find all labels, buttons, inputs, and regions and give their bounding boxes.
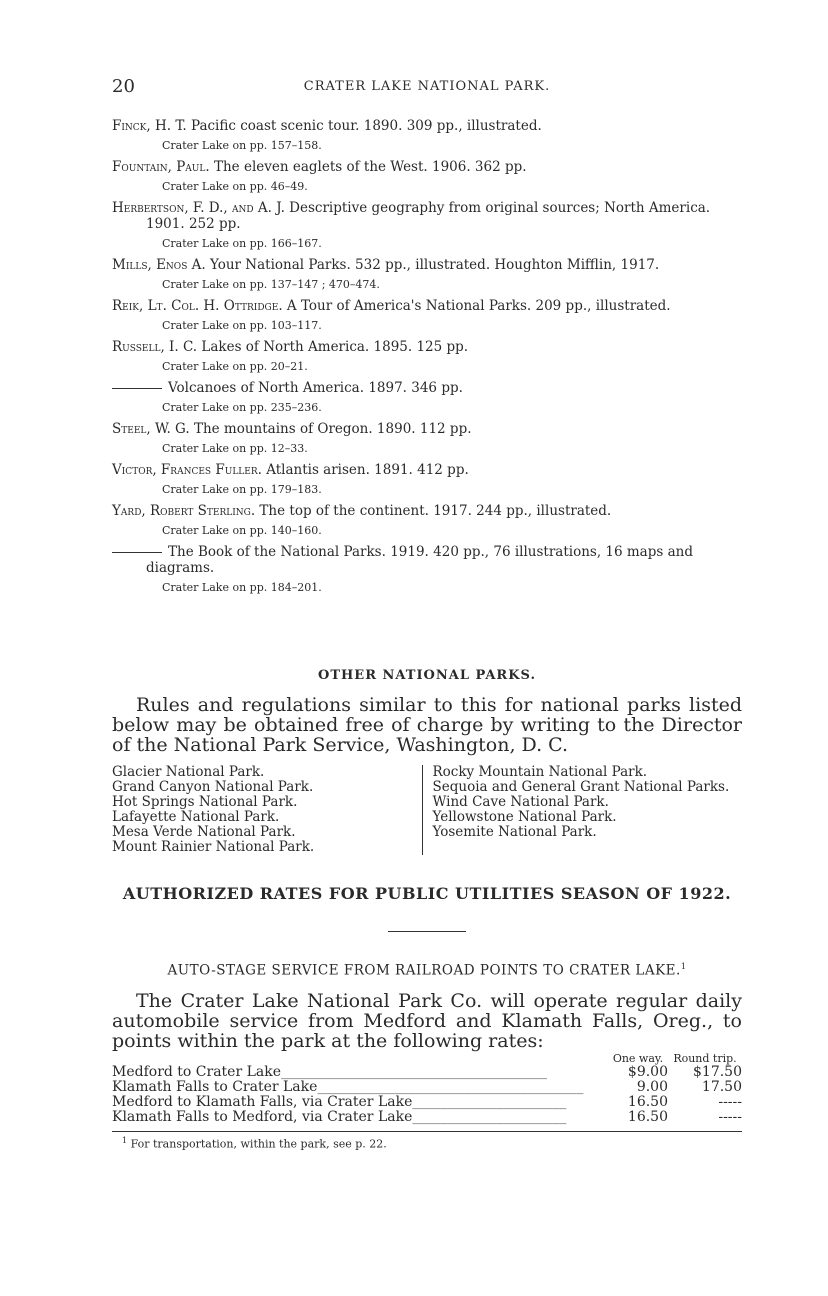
one-way-fare: 9.00 bbox=[608, 1080, 668, 1095]
bibliography-entry: The Book of the National Parks. 1919. 42… bbox=[112, 544, 742, 576]
bibliography-entry: Steel, W. G. The mountains of Oregon. 18… bbox=[112, 421, 742, 437]
entry-text: The mountains of Oregon. 1890. 112 pp. bbox=[194, 421, 472, 437]
one-way-fare: 16.50 bbox=[608, 1095, 668, 1110]
park-item: Glacier National Park. bbox=[112, 765, 422, 780]
park-item: Lafayette National Park. bbox=[112, 810, 422, 825]
footnote-mark: 1 bbox=[681, 962, 687, 971]
auto-stage-title-text: AUTO-STAGE SERVICE FROM RAILROAD POINTS … bbox=[168, 963, 681, 979]
bibliography-entry: Volcanoes of North America. 1897. 346 pp… bbox=[112, 380, 742, 396]
park-item: Wind Cave National Park. bbox=[433, 795, 743, 810]
ditto-dash bbox=[112, 388, 162, 389]
parks-left-column: Glacier National Park. Grand Canyon Nati… bbox=[112, 765, 422, 855]
footnote-text: For transportation, within the park, see… bbox=[131, 1137, 387, 1150]
entry-note: Crater Lake on pp. 137–147 ; 470–474. bbox=[112, 277, 742, 292]
table-row: Medford to Crater Lake__________________… bbox=[112, 1065, 742, 1080]
table-row: Klamath Falls to Crater Lake____________… bbox=[112, 1080, 742, 1095]
entry-note: Crater Lake on pp. 103–117. bbox=[112, 318, 742, 333]
park-item: Yosemite National Park. bbox=[433, 825, 743, 840]
entry-author: Finck, H. T. bbox=[112, 118, 187, 134]
entry-author: Russell, I. C. bbox=[112, 339, 197, 355]
auto-stage-title: AUTO-STAGE SERVICE FROM RAILROAD POINTS … bbox=[112, 962, 742, 979]
running-title: CRATER LAKE NATIONAL PARK. bbox=[112, 79, 742, 94]
footnote-rule bbox=[112, 1131, 742, 1132]
running-header: 20 CRATER LAKE NATIONAL PARK. bbox=[112, 76, 742, 98]
parks-list: Glacier National Park. Grand Canyon Nati… bbox=[112, 765, 742, 855]
footnote: 1 For transportation, within the park, s… bbox=[112, 1136, 742, 1151]
entry-text: A Tour of America's National Parks. 209 … bbox=[287, 298, 671, 314]
table-row: Klamath Falls to Medford, via Crater Lak… bbox=[112, 1110, 742, 1125]
entry-text: The eleven eaglets of the West. 1906. 36… bbox=[214, 159, 527, 175]
bibliography-entry: Finck, H. T. Pacific coast scenic tour. … bbox=[112, 118, 742, 134]
entry-note: Crater Lake on pp. 12–33. bbox=[112, 441, 742, 456]
round-trip-fare: ----- bbox=[668, 1110, 742, 1125]
route-label: Klamath Falls to Crater Lake bbox=[112, 1080, 317, 1095]
rates-title: AUTHORIZED RATES FOR PUBLIC UTILITIES SE… bbox=[112, 884, 742, 903]
route-label: Medford to Klamath Falls, via Crater Lak… bbox=[112, 1095, 412, 1110]
parks-right-column: Rocky Mountain National Park. Sequoia an… bbox=[422, 765, 743, 855]
entry-note: Crater Lake on pp. 166–167. bbox=[112, 236, 742, 251]
bibliography-entry: Mills, Enos A. Your National Parks. 532 … bbox=[112, 257, 742, 273]
other-parks-paragraph: Rules and regulations similar to this fo… bbox=[112, 695, 742, 755]
entry-text: The top of the continent. 1917. 244 pp.,… bbox=[259, 503, 611, 519]
park-item: Yellowstone National Park. bbox=[433, 810, 743, 825]
entry-author: Victor, Frances Fuller. bbox=[112, 462, 262, 478]
section-title-other-parks: OTHER NATIONAL PARKS. bbox=[112, 668, 742, 683]
park-item: Hot Springs National Park. bbox=[112, 795, 422, 810]
column-header-round-trip: Round trip. bbox=[668, 1053, 742, 1065]
entry-note: Crater Lake on pp. 157–158. bbox=[112, 138, 742, 153]
footnote-mark: 1 bbox=[122, 1136, 127, 1145]
bibliography-entry: Fountain, Paul. The eleven eaglets of th… bbox=[112, 159, 742, 175]
rates-header-row: One way. Round trip. bbox=[112, 1053, 742, 1065]
entry-text: Your National Parks. 532 pp., illustrate… bbox=[210, 257, 659, 273]
entry-text: Lakes of North America. 1895. 125 pp. bbox=[201, 339, 468, 355]
rates-paragraph: The Crater Lake National Park Co. will o… bbox=[112, 991, 742, 1051]
rates-section: AUTHORIZED RATES FOR PUBLIC UTILITIES SE… bbox=[112, 884, 742, 1150]
entry-author: Mills, Enos A. bbox=[112, 257, 206, 273]
park-item: Grand Canyon National Park. bbox=[112, 780, 422, 795]
park-item: Sequoia and General Grant National Parks… bbox=[433, 780, 743, 795]
rates-table: One way. Round trip. Medford to Crater L… bbox=[112, 1053, 742, 1125]
entry-text: The Book of the National Parks. 1919. 42… bbox=[146, 544, 693, 576]
entry-note: Crater Lake on pp. 46–49. bbox=[112, 179, 742, 194]
one-way-fare: $9.00 bbox=[608, 1065, 668, 1080]
entry-note: Crater Lake on pp. 20–21. bbox=[112, 359, 742, 374]
table-row: Medford to Klamath Falls, via Crater Lak… bbox=[112, 1095, 742, 1110]
entry-note: Crater Lake on pp. 140–160. bbox=[112, 523, 742, 538]
column-header-one-way: One way. bbox=[608, 1053, 668, 1065]
other-parks-section: OTHER NATIONAL PARKS. Rules and regulati… bbox=[112, 668, 742, 855]
route-label: Klamath Falls to Medford, via Crater Lak… bbox=[112, 1110, 412, 1125]
bibliography-entry: Victor, Frances Fuller. Atlantis arisen.… bbox=[112, 462, 742, 478]
entry-note: Crater Lake on pp. 179–183. bbox=[112, 482, 742, 497]
bibliography-entry: Reik, Lt. Col. H. Ottridge. A Tour of Am… bbox=[112, 298, 742, 314]
route-label: Medford to Crater Lake bbox=[112, 1065, 281, 1080]
round-trip-fare: ----- bbox=[668, 1095, 742, 1110]
ditto-dash bbox=[112, 552, 162, 553]
entry-text: Atlantis arisen. 1891. 412 pp. bbox=[266, 462, 469, 478]
entry-author: Yard, Robert Sterling. bbox=[112, 503, 255, 519]
bibliography-entry: Russell, I. C. Lakes of North America. 1… bbox=[112, 339, 742, 355]
entry-note: Crater Lake on pp. 184–201. bbox=[112, 580, 742, 595]
park-item: Mount Rainier National Park. bbox=[112, 840, 422, 855]
round-trip-fare: $17.50 bbox=[668, 1065, 742, 1080]
entry-note: Crater Lake on pp. 235–236. bbox=[112, 400, 742, 415]
park-item: Mesa Verde National Park. bbox=[112, 825, 422, 840]
entry-author: Steel, W. G. bbox=[112, 421, 190, 437]
bibliography-list: Finck, H. T. Pacific coast scenic tour. … bbox=[112, 118, 742, 601]
round-trip-fare: 17.50 bbox=[668, 1080, 742, 1095]
entry-text: Pacific coast scenic tour. 1890. 309 pp.… bbox=[191, 118, 542, 134]
entry-author: Reik, Lt. Col. H. Ottridge. bbox=[112, 298, 283, 314]
entry-text: Volcanoes of North America. 1897. 346 pp… bbox=[168, 380, 463, 396]
entry-author: Herbertson, F. D., and A. J. bbox=[112, 200, 285, 216]
bibliography-entry: Herbertson, F. D., and A. J. Descriptive… bbox=[112, 200, 742, 232]
park-item: Rocky Mountain National Park. bbox=[433, 765, 743, 780]
one-way-fare: 16.50 bbox=[608, 1110, 668, 1125]
bibliography-entry: Yard, Robert Sterling. The top of the co… bbox=[112, 503, 742, 519]
entry-author: Fountain, Paul. bbox=[112, 159, 210, 175]
